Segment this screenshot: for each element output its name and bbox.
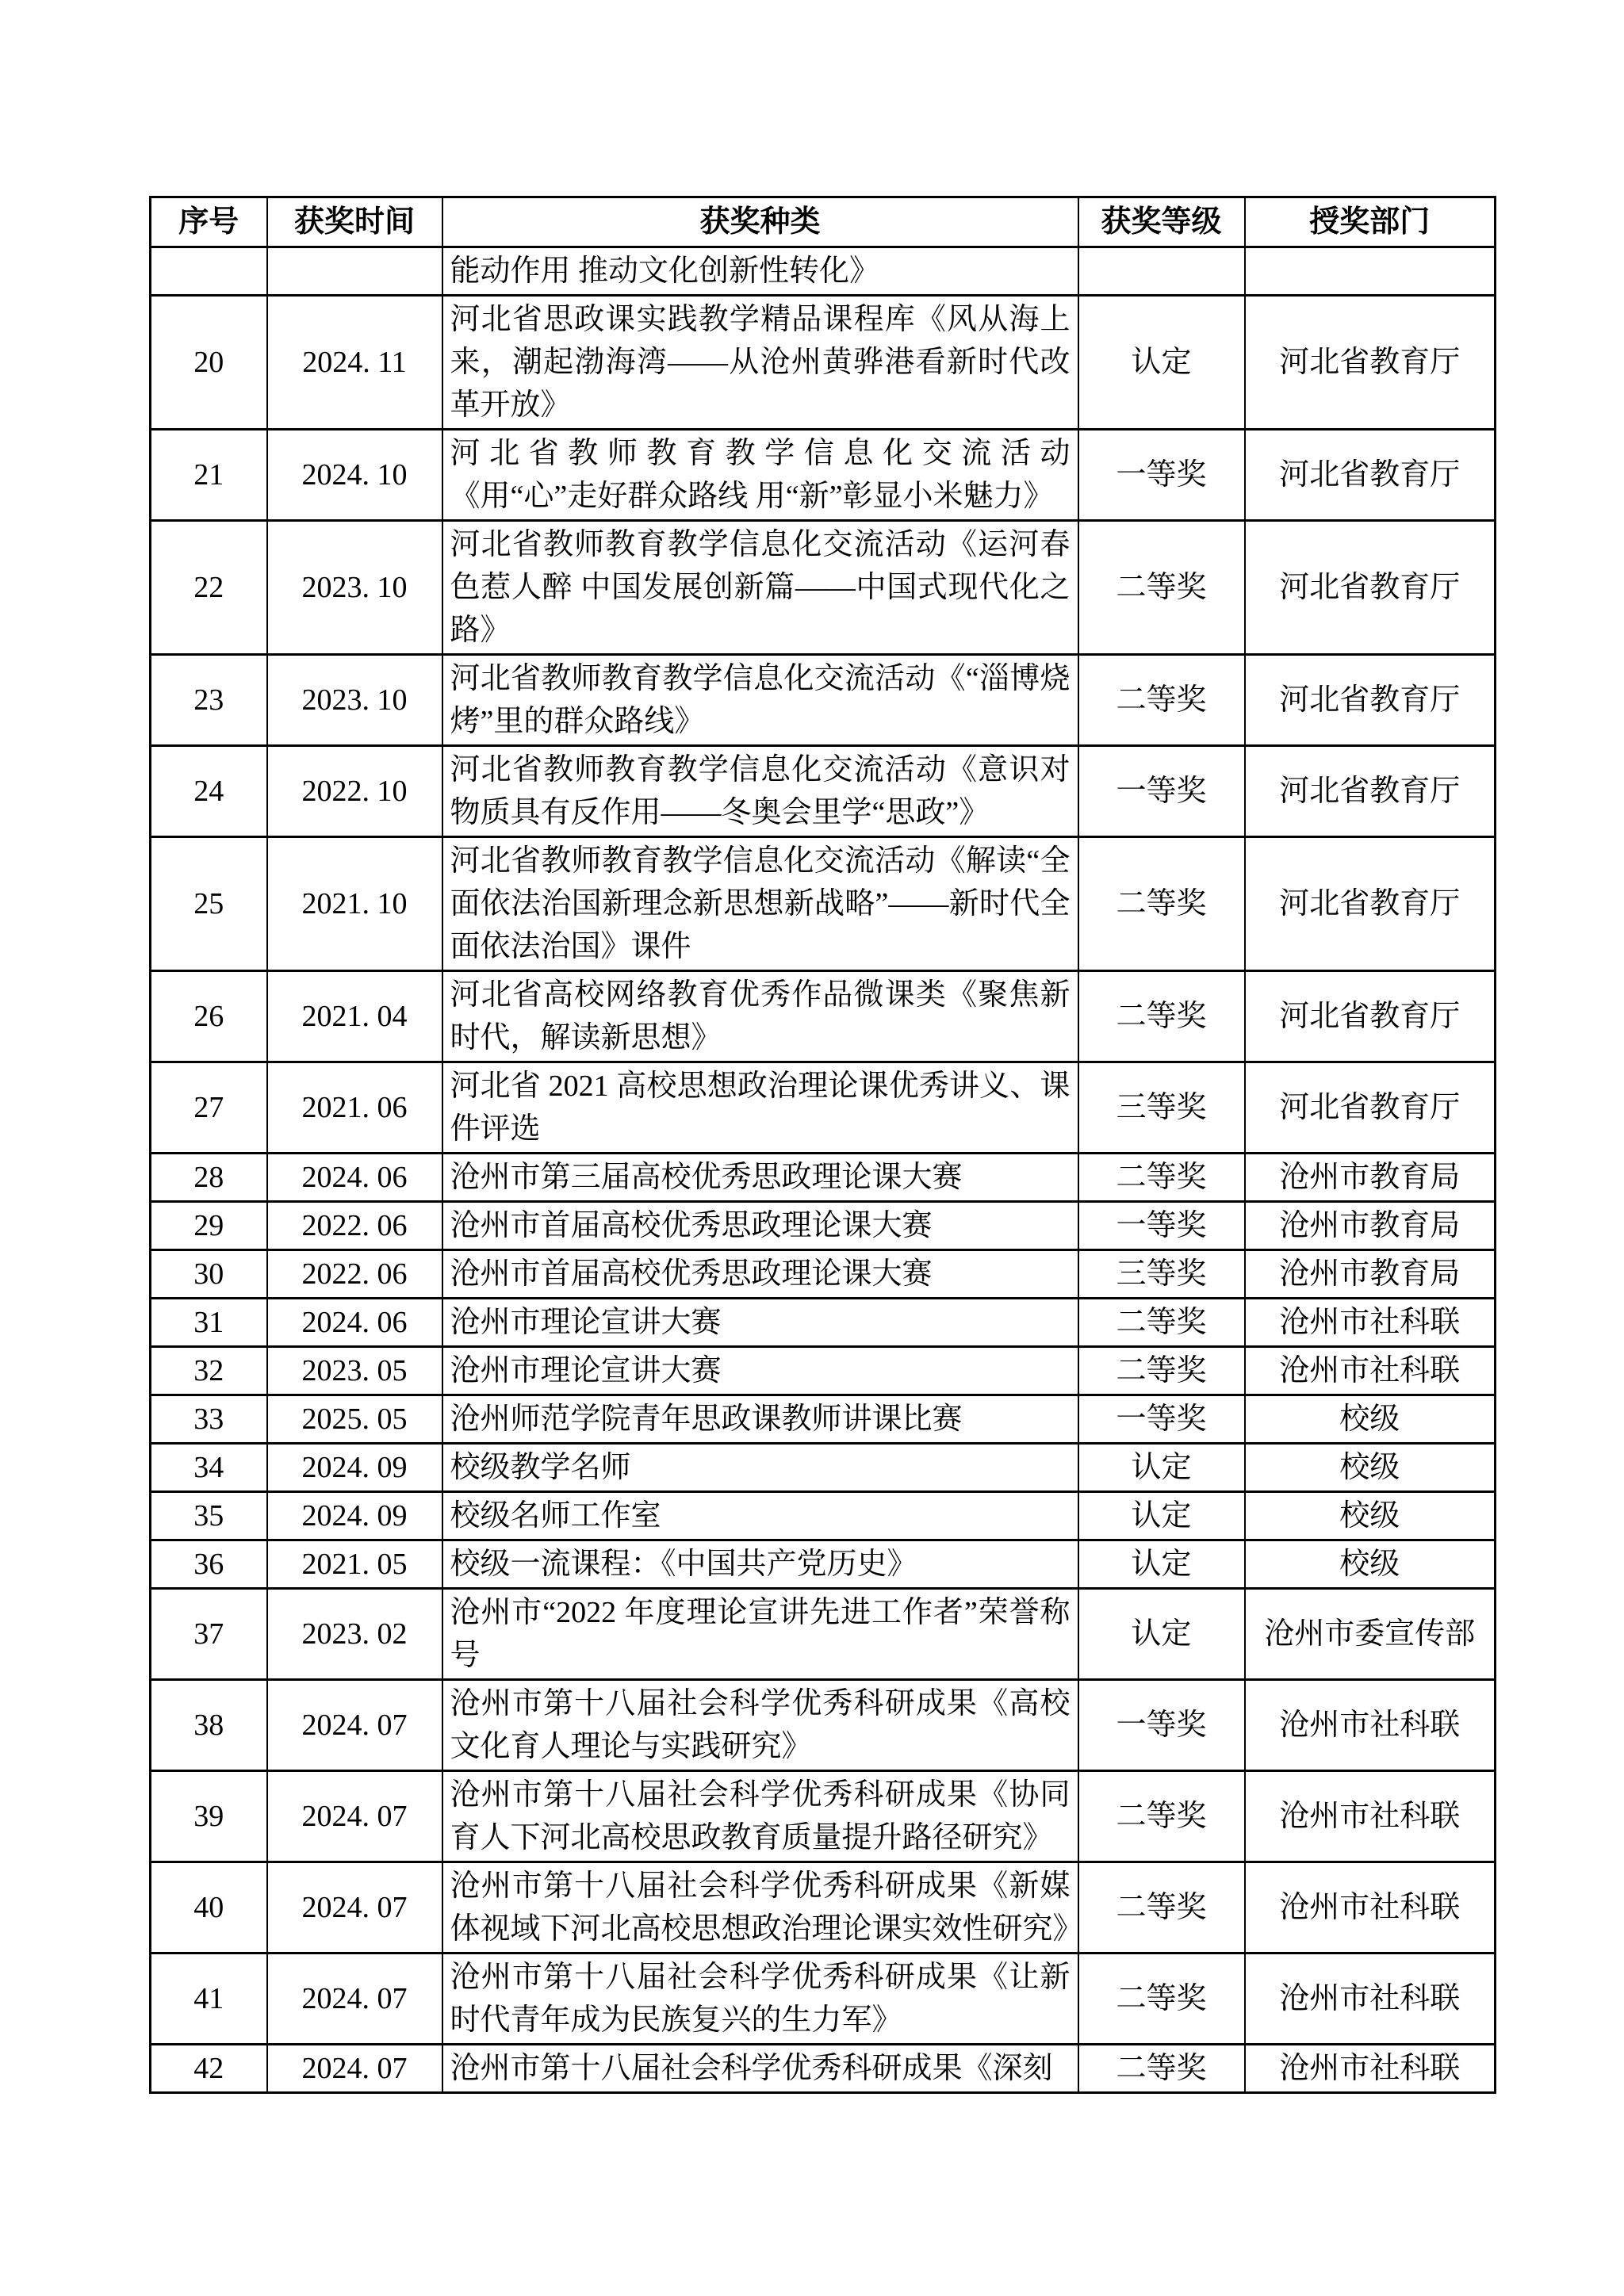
cell-award-level: 二等奖 <box>1078 1299 1245 1347</box>
col-header-type: 获奖种类 <box>442 197 1078 247</box>
cell-award-type: 沧州市理论宣讲大赛 <box>442 1299 1078 1347</box>
table-row: 29 2022. 06 沧州市首届高校优秀思政理论课大赛 一等奖 沧州市教育局 <box>151 1202 1496 1250</box>
cell-award-level: 二等奖 <box>1078 2045 1245 2093</box>
cell-award-dept: 沧州市教育局 <box>1245 1202 1496 1250</box>
cell-award-dept: 校级 <box>1245 1540 1496 1589</box>
table-row: 能动作用 推动文化创新性转化》 <box>151 247 1496 296</box>
cell-award-dept: 沧州市教育局 <box>1245 1154 1496 1202</box>
cell-award-level: 二等奖 <box>1078 1954 1245 2045</box>
cell-award-level: 二等奖 <box>1078 521 1245 655</box>
cell-award-time: 2023. 10 <box>267 521 442 655</box>
cell-serial: 20 <box>151 296 267 430</box>
cell-award-time: 2023. 05 <box>267 1347 442 1395</box>
cell-award-time: 2023. 10 <box>267 655 442 746</box>
table-row: 42 2024. 07 沧州市第十八届社会科学优秀科研成果《深刻 二等奖 沧州市… <box>151 2045 1496 2093</box>
cell-award-type: 沧州师范学院青年思政课教师讲课比赛 <box>442 1395 1078 1444</box>
table-row: 36 2021. 05 校级一流课程：《中国共产党历史》 认定 校级 <box>151 1540 1496 1589</box>
cell-award-dept: 沧州市社科联 <box>1245 1862 1496 1954</box>
cell-award-dept: 河北省教育厅 <box>1245 430 1496 521</box>
table-row: 41 2024. 07 沧州市第十八届社会科学优秀科研成果《让新时代青年成为民族… <box>151 1954 1496 2045</box>
cell-award-level: 一等奖 <box>1078 1680 1245 1771</box>
cell-serial: 40 <box>151 1862 267 1954</box>
cell-award-dept: 沧州市社科联 <box>1245 2045 1496 2093</box>
col-header-time: 获奖时间 <box>267 197 442 247</box>
table-row: 28 2024. 06 沧州市第三届高校优秀思政理论课大赛 二等奖 沧州市教育局 <box>151 1154 1496 1202</box>
cell-award-level: 二等奖 <box>1078 1862 1245 1954</box>
cell-award-type: 河北省教师教育教学信息化交流活动《“淄博烧烤”里的群众路线》 <box>442 655 1078 746</box>
cell-award-level: 二等奖 <box>1078 655 1245 746</box>
cell-award-level: 二等奖 <box>1078 971 1245 1062</box>
awards-table-header: 序号 获奖时间 获奖种类 获奖等级 授奖部门 <box>151 197 1496 247</box>
cell-award-dept: 河北省教育厅 <box>1245 837 1496 971</box>
cell-award-type: 沧州市首届高校优秀思政理论课大赛 <box>442 1250 1078 1299</box>
cell-award-type: 沧州市第十八届社会科学优秀科研成果《协同育人下河北高校思政教育质量提升路径研究》 <box>442 1771 1078 1862</box>
cell-award-time: 2022. 06 <box>267 1250 442 1299</box>
cell-award-dept: 沧州市委宣传部 <box>1245 1589 1496 1680</box>
cell-award-time <box>267 247 442 296</box>
cell-award-type: 校级教学名师 <box>442 1444 1078 1492</box>
cell-award-dept: 沧州市社科联 <box>1245 1299 1496 1347</box>
cell-award-dept: 河北省教育厅 <box>1245 296 1496 430</box>
cell-award-time: 2021. 10 <box>267 837 442 971</box>
table-row: 22 2023. 10 河北省教师教育教学信息化交流活动《运河春色惹人醉 中国发… <box>151 521 1496 655</box>
cell-award-level: 认定 <box>1078 1444 1245 1492</box>
cell-award-level: 三等奖 <box>1078 1062 1245 1154</box>
cell-award-dept: 沧州市社科联 <box>1245 1680 1496 1771</box>
cell-award-dept: 河北省教育厅 <box>1245 746 1496 837</box>
cell-award-time: 2024. 09 <box>267 1444 442 1492</box>
cell-award-type: 河北省 2021 高校思想政治理论课优秀讲义、课件评选 <box>442 1062 1078 1154</box>
table-row: 32 2023. 05 沧州市理论宣讲大赛 二等奖 沧州市社科联 <box>151 1347 1496 1395</box>
cell-award-time: 2024. 07 <box>267 1680 442 1771</box>
table-row: 35 2024. 09 校级名师工作室 认定 校级 <box>151 1492 1496 1540</box>
table-row: 40 2024. 07 沧州市第十八届社会科学优秀科研成果《新媒体视域下河北高校… <box>151 1862 1496 1954</box>
cell-award-dept: 沧州市社科联 <box>1245 1347 1496 1395</box>
cell-award-dept <box>1245 247 1496 296</box>
cell-serial: 41 <box>151 1954 267 2045</box>
cell-award-level: 一等奖 <box>1078 430 1245 521</box>
cell-award-dept: 河北省教育厅 <box>1245 655 1496 746</box>
cell-award-time: 2024. 09 <box>267 1492 442 1540</box>
cell-award-time: 2024. 06 <box>267 1299 442 1347</box>
col-header-serial: 序号 <box>151 197 267 247</box>
table-row: 24 2022. 10 河北省教师教育教学信息化交流活动《意识对物质具有反作用—… <box>151 746 1496 837</box>
cell-award-level: 三等奖 <box>1078 1250 1245 1299</box>
cell-award-type: 沧州市第十八届社会科学优秀科研成果《高校文化育人理论与实践研究》 <box>442 1680 1078 1771</box>
cell-serial: 22 <box>151 521 267 655</box>
table-row: 37 2023. 02 沧州市“2022 年度理论宣讲先进工作者”荣誉称号 认定… <box>151 1589 1496 1680</box>
col-header-dept: 授奖部门 <box>1245 197 1496 247</box>
cell-serial <box>151 247 267 296</box>
cell-award-time: 2023. 02 <box>267 1589 442 1680</box>
cell-award-type: 能动作用 推动文化创新性转化》 <box>442 247 1078 296</box>
cell-award-type: 河北省教师教育教学信息化交流活动《用“心”走好群众路线 用“新”彰显小米魅力》 <box>442 430 1078 521</box>
cell-award-level: 二等奖 <box>1078 837 1245 971</box>
cell-award-type: 河北省教师教育教学信息化交流活动《意识对物质具有反作用——冬奥会里学“思政”》 <box>442 746 1078 837</box>
cell-serial: 32 <box>151 1347 267 1395</box>
header-row: 序号 获奖时间 获奖种类 获奖等级 授奖部门 <box>151 197 1496 247</box>
cell-award-level: 认定 <box>1078 296 1245 430</box>
cell-award-level: 二等奖 <box>1078 1771 1245 1862</box>
cell-award-type: 河北省教师教育教学信息化交流活动《运河春色惹人醉 中国发展创新篇——中国式现代化… <box>442 521 1078 655</box>
cell-award-time: 2024. 06 <box>267 1154 442 1202</box>
cell-award-dept: 沧州市社科联 <box>1245 1954 1496 2045</box>
cell-award-time: 2021. 04 <box>267 971 442 1062</box>
awards-table: 序号 获奖时间 获奖种类 获奖等级 授奖部门 能动作用 推动文化创新性转化》 2… <box>149 196 1496 2094</box>
cell-award-type: 河北省教师教育教学信息化交流活动《解读“全面依法治国新理念新思想新战略”——新时… <box>442 837 1078 971</box>
cell-award-type: 沧州市“2022 年度理论宣讲先进工作者”荣誉称号 <box>442 1589 1078 1680</box>
cell-serial: 28 <box>151 1154 267 1202</box>
cell-award-time: 2025. 05 <box>267 1395 442 1444</box>
table-row: 25 2021. 10 河北省教师教育教学信息化交流活动《解读“全面依法治国新理… <box>151 837 1496 971</box>
cell-serial: 31 <box>151 1299 267 1347</box>
cell-award-time: 2024. 07 <box>267 2045 442 2093</box>
document-page: 序号 获奖时间 获奖种类 获奖等级 授奖部门 能动作用 推动文化创新性转化》 2… <box>0 0 1624 2296</box>
cell-award-level: 一等奖 <box>1078 1395 1245 1444</box>
cell-award-level <box>1078 247 1245 296</box>
table-row: 31 2024. 06 沧州市理论宣讲大赛 二等奖 沧州市社科联 <box>151 1299 1496 1347</box>
cell-award-type: 校级一流课程：《中国共产党历史》 <box>442 1540 1078 1589</box>
table-row: 27 2021. 06 河北省 2021 高校思想政治理论课优秀讲义、课件评选 … <box>151 1062 1496 1154</box>
cell-award-time: 2024. 11 <box>267 296 442 430</box>
cell-award-level: 认定 <box>1078 1492 1245 1540</box>
cell-serial: 39 <box>151 1771 267 1862</box>
cell-serial: 23 <box>151 655 267 746</box>
cell-award-dept: 校级 <box>1245 1395 1496 1444</box>
cell-serial: 21 <box>151 430 267 521</box>
table-row: 33 2025. 05 沧州师范学院青年思政课教师讲课比赛 一等奖 校级 <box>151 1395 1496 1444</box>
cell-award-dept: 沧州市社科联 <box>1245 1771 1496 1862</box>
cell-award-type: 沧州市理论宣讲大赛 <box>442 1347 1078 1395</box>
cell-award-time: 2021. 06 <box>267 1062 442 1154</box>
cell-award-dept: 沧州市教育局 <box>1245 1250 1496 1299</box>
cell-award-dept: 校级 <box>1245 1492 1496 1540</box>
table-row: 21 2024. 10 河北省教师教育教学信息化交流活动《用“心”走好群众路线 … <box>151 430 1496 521</box>
cell-award-type: 沧州市第三届高校优秀思政理论课大赛 <box>442 1154 1078 1202</box>
cell-award-dept: 校级 <box>1245 1444 1496 1492</box>
cell-award-level: 一等奖 <box>1078 746 1245 837</box>
cell-award-type: 沧州市第十八届社会科学优秀科研成果《让新时代青年成为民族复兴的生力军》 <box>442 1954 1078 2045</box>
cell-award-time: 2024. 10 <box>267 430 442 521</box>
cell-serial: 36 <box>151 1540 267 1589</box>
cell-award-time: 2024. 07 <box>267 1862 442 1954</box>
cell-award-type: 校级名师工作室 <box>442 1492 1078 1540</box>
cell-award-type: 河北省高校网络教育优秀作品微课类《聚焦新时代，解读新思想》 <box>442 971 1078 1062</box>
table-row: 20 2024. 11 河北省思政课实践教学精品课程库《风从海上来，潮起渤海湾—… <box>151 296 1496 430</box>
cell-serial: 26 <box>151 971 267 1062</box>
cell-serial: 33 <box>151 1395 267 1444</box>
cell-award-time: 2021. 05 <box>267 1540 442 1589</box>
cell-award-time: 2022. 06 <box>267 1202 442 1250</box>
cell-award-level: 认定 <box>1078 1589 1245 1680</box>
cell-award-level: 二等奖 <box>1078 1347 1245 1395</box>
cell-award-time: 2024. 07 <box>267 1771 442 1862</box>
table-row: 34 2024. 09 校级教学名师 认定 校级 <box>151 1444 1496 1492</box>
cell-award-level: 二等奖 <box>1078 1154 1245 1202</box>
cell-award-type: 沧州市首届高校优秀思政理论课大赛 <box>442 1202 1078 1250</box>
table-row: 26 2021. 04 河北省高校网络教育优秀作品微课类《聚焦新时代，解读新思想… <box>151 971 1496 1062</box>
cell-serial: 24 <box>151 746 267 837</box>
awards-table-body: 能动作用 推动文化创新性转化》 20 2024. 11 河北省思政课实践教学精品… <box>151 247 1496 2093</box>
cell-serial: 38 <box>151 1680 267 1771</box>
table-row: 30 2022. 06 沧州市首届高校优秀思政理论课大赛 三等奖 沧州市教育局 <box>151 1250 1496 1299</box>
table-row: 39 2024. 07 沧州市第十八届社会科学优秀科研成果《协同育人下河北高校思… <box>151 1771 1496 1862</box>
cell-award-dept: 河北省教育厅 <box>1245 971 1496 1062</box>
cell-award-time: 2024. 07 <box>267 1954 442 2045</box>
cell-award-level: 认定 <box>1078 1540 1245 1589</box>
cell-serial: 29 <box>151 1202 267 1250</box>
cell-serial: 25 <box>151 837 267 971</box>
cell-award-type: 沧州市第十八届社会科学优秀科研成果《新媒体视域下河北高校思想政治理论课实效性研究… <box>442 1862 1078 1954</box>
cell-award-time: 2022. 10 <box>267 746 442 837</box>
cell-serial: 35 <box>151 1492 267 1540</box>
cell-award-level: 一等奖 <box>1078 1202 1245 1250</box>
cell-serial: 30 <box>151 1250 267 1299</box>
table-row: 38 2024. 07 沧州市第十八届社会科学优秀科研成果《高校文化育人理论与实… <box>151 1680 1496 1771</box>
table-row: 23 2023. 10 河北省教师教育教学信息化交流活动《“淄博烧烤”里的群众路… <box>151 655 1496 746</box>
col-header-level: 获奖等级 <box>1078 197 1245 247</box>
cell-award-type: 沧州市第十八届社会科学优秀科研成果《深刻 <box>442 2045 1078 2093</box>
cell-award-type: 河北省思政课实践教学精品课程库《风从海上来，潮起渤海湾——从沧州黄骅港看新时代改… <box>442 296 1078 430</box>
cell-award-dept: 河北省教育厅 <box>1245 1062 1496 1154</box>
cell-serial: 42 <box>151 2045 267 2093</box>
cell-serial: 37 <box>151 1589 267 1680</box>
cell-award-dept: 河北省教育厅 <box>1245 521 1496 655</box>
cell-serial: 27 <box>151 1062 267 1154</box>
cell-serial: 34 <box>151 1444 267 1492</box>
